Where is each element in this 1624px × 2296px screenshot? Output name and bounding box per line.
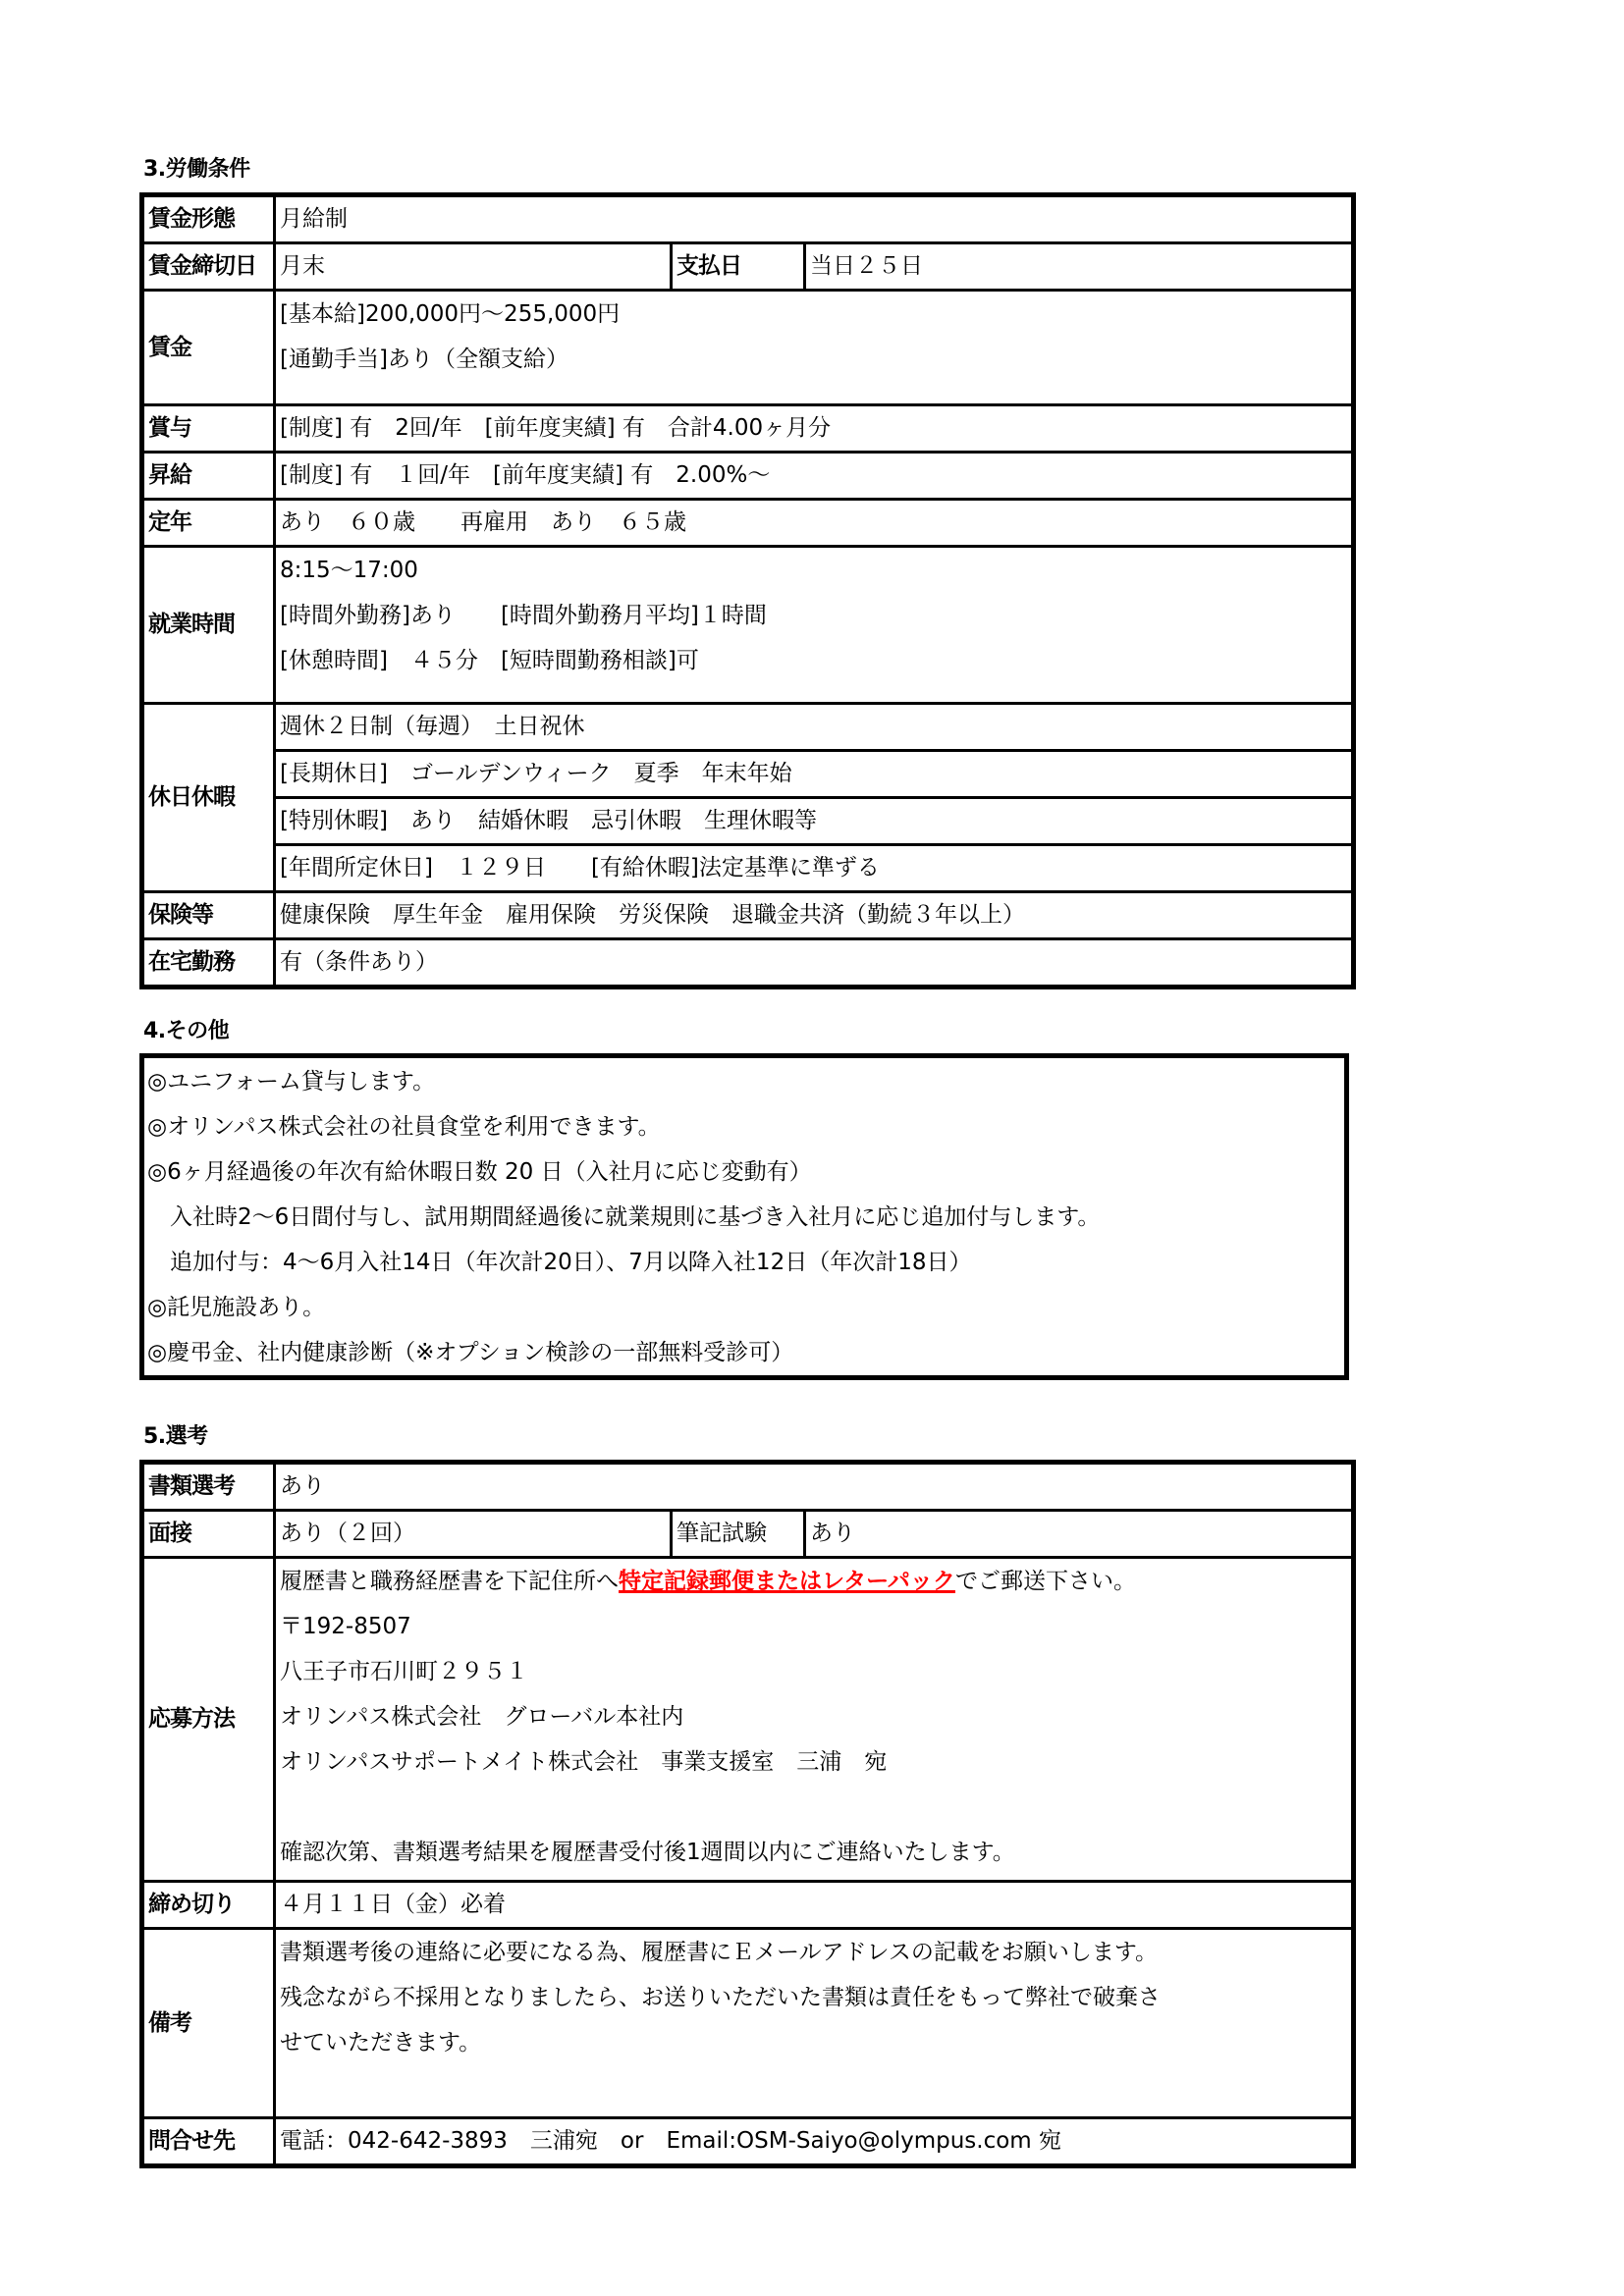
section-title-selection: 5.選考 bbox=[143, 1422, 208, 1452]
label-pay-day: 支払日 bbox=[672, 243, 805, 291]
value-deadline: ４月１１日（金）必着 bbox=[275, 1882, 1354, 1929]
other-line: ◎託児施設あり。 bbox=[147, 1285, 1344, 1330]
section-title-other: 4.その他 bbox=[143, 1017, 229, 1046]
other-line: ◎ユニフォーム貸与します。 bbox=[147, 1059, 1344, 1104]
mail-method-highlight: 特定記録郵便またはレターパック bbox=[619, 1569, 955, 1594]
selection-table: 書類選考 あり 面接 あり（２回） 筆記試験 あり 応募方法 履歴書と職務経歴書… bbox=[139, 1460, 1356, 2168]
working-conditions-table: 賃金形態 月給制 賃金締切日 月末 支払日 当日２５日 賃金 [基本給]200,… bbox=[139, 192, 1356, 989]
notes-line: 書類選考後の連絡に必要になる為、履歴書にＥメールアドレスの記載をお願いします。 bbox=[280, 1930, 1351, 1975]
value-holidays-line: [年間所定休日] １２９日 [有給休暇]法定基準に準ずる bbox=[275, 845, 1354, 892]
hours-line: 8:15～17:00 bbox=[280, 548, 1351, 593]
value-contact: 電話：042-642-3893 三浦宛 or Email:OSM-Saiyo@o… bbox=[275, 2118, 1354, 2166]
label-document-screening: 書類選考 bbox=[142, 1463, 275, 1511]
address: 八王子市石川町２９５１ bbox=[280, 1649, 1351, 1694]
label-notes: 備考 bbox=[142, 1929, 275, 2118]
value-wage-cutoff: 月末 bbox=[275, 243, 672, 291]
company-line-2: オリンパスサポートメイト株式会社 事業支援室 三浦 宛 bbox=[280, 1739, 1351, 1785]
label-working-hours: 就業時間 bbox=[142, 547, 275, 704]
value-working-hours: 8:15～17:00 [時間外勤務]あり [時間外勤務月平均]１時間 [休憩時間… bbox=[275, 547, 1354, 704]
value-notes: 書類選考後の連絡に必要になる為、履歴書にＥメールアドレスの記載をお願いします。 … bbox=[275, 1929, 1354, 2118]
hours-line: [時間外勤務]あり [時間外勤務月平均]１時間 bbox=[280, 593, 1351, 638]
other-line: ◎オリンパス株式会社の社員食堂を利用できます。 bbox=[147, 1104, 1344, 1149]
blank-line bbox=[280, 1785, 1351, 1830]
label-retirement: 定年 bbox=[142, 500, 275, 547]
section-title-working-conditions: 3.労働条件 bbox=[143, 155, 250, 185]
apply-instruction: 履歴書と職務経歴書を下記住所へ特定記録郵便またはレターパックでご郵送下さい。 bbox=[280, 1559, 1351, 1604]
value-retirement: あり ６０歳 再雇用 あり ６５歳 bbox=[275, 500, 1354, 547]
label-holidays: 休日休暇 bbox=[142, 704, 275, 892]
value-wage-type: 月給制 bbox=[275, 195, 1354, 243]
label-deadline: 締め切り bbox=[142, 1882, 275, 1929]
label-remote-work: 在宅勤務 bbox=[142, 939, 275, 988]
label-wage-cutoff: 賃金締切日 bbox=[142, 243, 275, 291]
apply-text-after: でご郵送下さい。 bbox=[955, 1569, 1136, 1594]
value-raise: [制度] 有 １回/年 [前年度実績] 有 2.00%～ bbox=[275, 453, 1354, 500]
postal-code: 〒192-8507 bbox=[280, 1604, 1351, 1649]
other-line: ◎慶弔金、社内健康診断（※オプション検診の一部無料受診可） bbox=[147, 1330, 1344, 1375]
value-written-test: あり bbox=[805, 1511, 1354, 1558]
label-insurance: 保険等 bbox=[142, 892, 275, 939]
label-written-test: 筆記試験 bbox=[672, 1511, 805, 1558]
value-document-screening: あり bbox=[275, 1463, 1354, 1511]
wage-line: [通勤手当]あり（全額支給） bbox=[280, 337, 1351, 382]
label-wage-type: 賃金形態 bbox=[142, 195, 275, 243]
label-raise: 昇給 bbox=[142, 453, 275, 500]
other-info-box: ◎ユニフォーム貸与します。 ◎オリンパス株式会社の社員食堂を利用できます。 ◎6… bbox=[139, 1053, 1349, 1380]
value-holidays-line: [長期休日] ゴールデンウィーク 夏季 年末年始 bbox=[275, 751, 1354, 798]
wage-line: [基本給]200,000円～255,000円 bbox=[280, 292, 1351, 337]
value-bonus: [制度] 有 2回/年 [前年度実績] 有 合計4.00ヶ月分 bbox=[275, 405, 1354, 453]
hours-line: [休憩時間] ４５分 [短時間勤務相談]可 bbox=[280, 638, 1351, 683]
label-interview: 面接 bbox=[142, 1511, 275, 1558]
label-contact: 問合せ先 bbox=[142, 2118, 275, 2166]
other-line: ◎6ヶ月経過後の年次有給休暇日数 20 日（入社月に応じ変動有） bbox=[147, 1149, 1344, 1195]
value-insurance: 健康保険 厚生年金 雇用保険 労災保険 退職金共済（勤続３年以上） bbox=[275, 892, 1354, 939]
value-pay-day: 当日２５日 bbox=[805, 243, 1354, 291]
notes-line: せていただきます。 bbox=[280, 2020, 1351, 2065]
value-wage: [基本給]200,000円～255,000円 [通勤手当]あり（全額支給） bbox=[275, 291, 1354, 405]
label-wage: 賃金 bbox=[142, 291, 275, 405]
label-bonus: 賞与 bbox=[142, 405, 275, 453]
label-application-method: 応募方法 bbox=[142, 1558, 275, 1882]
confirmation-note: 確認次第、書類選考結果を履歴書受付後1週間以内にご連絡いたします。 bbox=[280, 1830, 1351, 1875]
value-interview: あり（２回） bbox=[275, 1511, 672, 1558]
value-holidays-line: [特別休暇] あり 結婚休暇 忌引休暇 生理休暇等 bbox=[275, 798, 1354, 845]
value-remote-work: 有（条件あり） bbox=[275, 939, 1354, 988]
apply-text-before: 履歴書と職務経歴書を下記住所へ bbox=[280, 1569, 619, 1594]
other-line: 入社時2～6日間付与し、試用期間経過後に就業規則に基づき入社月に応じ追加付与しま… bbox=[147, 1195, 1344, 1240]
value-application-method: 履歴書と職務経歴書を下記住所へ特定記録郵便またはレターパックでご郵送下さい。 〒… bbox=[275, 1558, 1354, 1882]
other-line: 追加付与：4～6月入社14日（年次計20日）、7月以降入社12日（年次計18日） bbox=[147, 1240, 1344, 1285]
value-holidays-line: 週休２日制（毎週） 土日祝休 bbox=[275, 704, 1354, 751]
notes-line: 残念ながら不採用となりましたら、お送りいただいた書類は責任をもって弊社で破棄さ bbox=[280, 1975, 1351, 2020]
company-line-1: オリンパス株式会社 グローバル本社内 bbox=[280, 1694, 1351, 1739]
